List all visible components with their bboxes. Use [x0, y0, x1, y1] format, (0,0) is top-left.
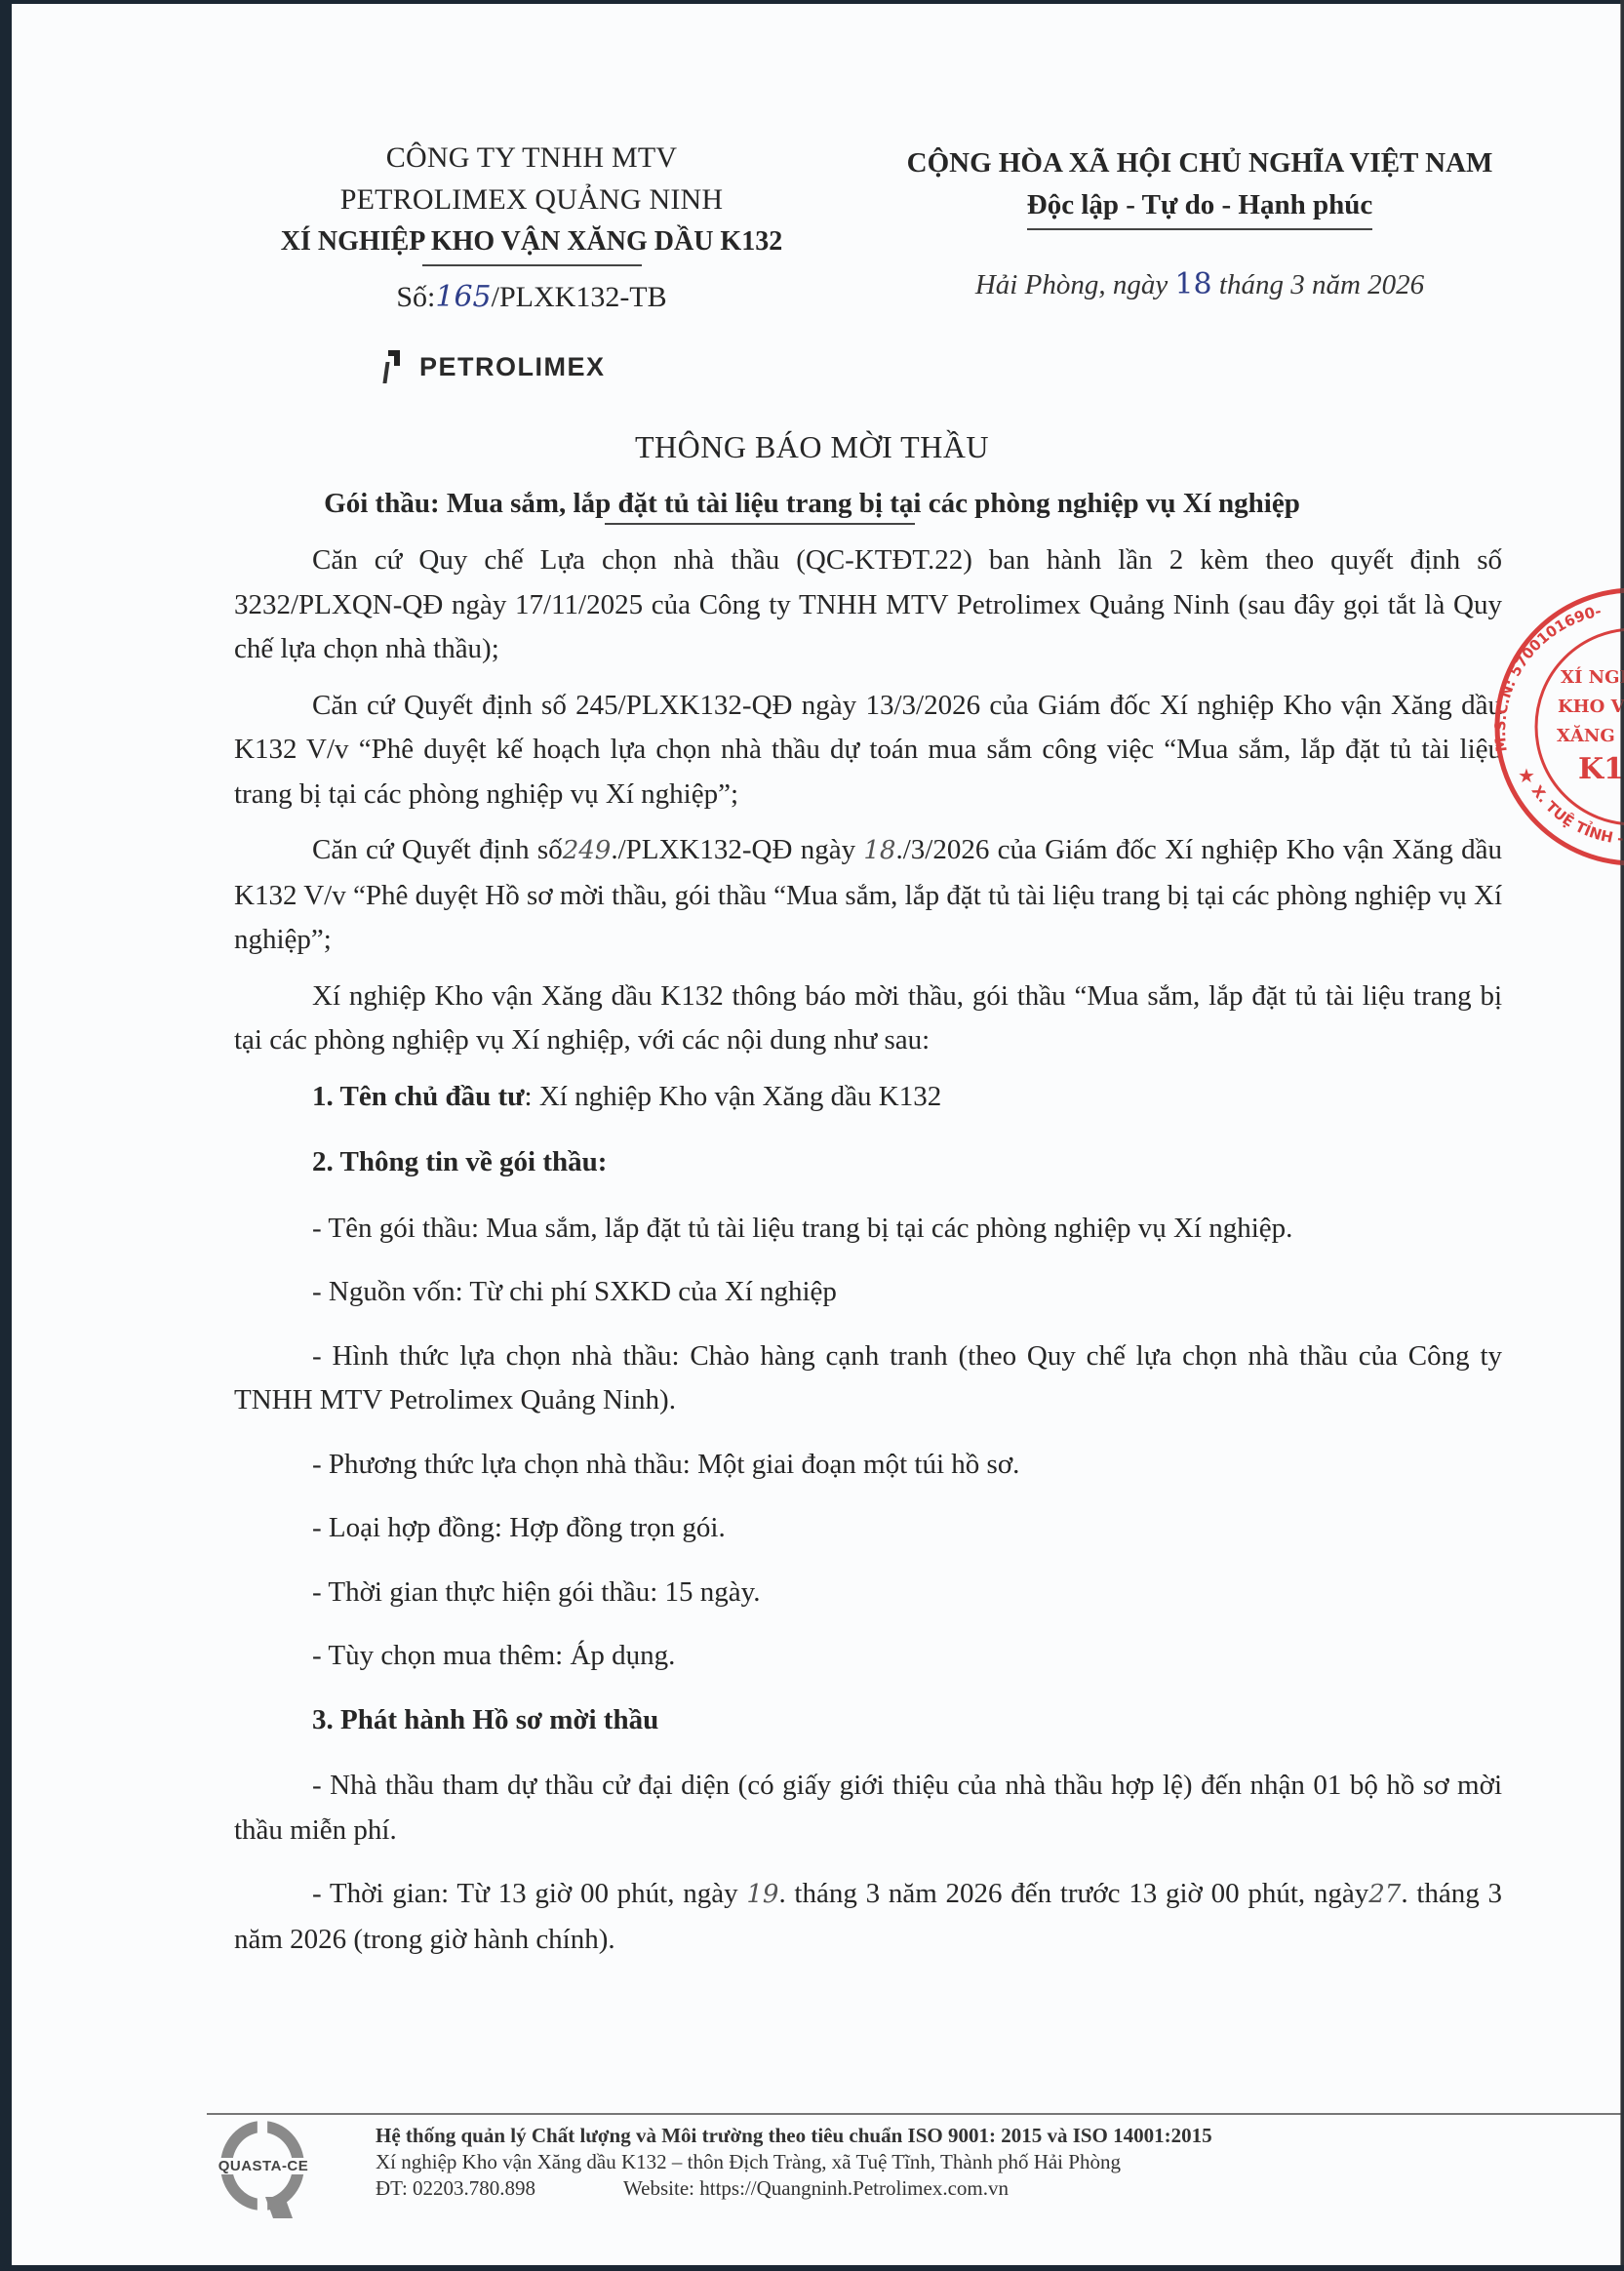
date-prefix: Hải Phòng, ngày: [975, 269, 1175, 300]
company-line-1: CÔNG TY TNHH MTV: [195, 137, 868, 179]
announcement-paragraph: Xí nghiệp Kho vận Xăng dầu K132 thông bá…: [234, 975, 1502, 1063]
package-info-item: - Hình thức lựa chọn nhà thầu: Chào hàng…: [234, 1335, 1502, 1423]
quasta-certification-logo: QUASTA-CE: [213, 2119, 320, 2226]
p3-handwritten-number: 249: [563, 836, 612, 865]
package-info-item: - Loại hợp đồng: Hợp đồng trọn gói.: [234, 1506, 1502, 1551]
svg-text:XÍ NGH: XÍ NGH: [1561, 665, 1624, 688]
quasta-label: QUASTA-CE: [217, 2158, 310, 2174]
package-info-item: - Thời gian thực hiện gói thầu: 15 ngày.: [234, 1571, 1502, 1615]
document-date: Hải Phòng, ngày 18 tháng 3 năm 2026: [858, 267, 1541, 301]
national-title: CỘNG HÒA XÃ HỘI CHỦ NGHĨA VIỆT NAM: [858, 142, 1541, 184]
package-info-item: - Nguồn vốn: Từ chi phí SXKD của Xí nghi…: [234, 1270, 1502, 1315]
time-prefix: - Thời gian: Từ 13 giờ 00 phút, ngày: [312, 1878, 746, 1909]
enterprise-name: XÍ NGHIỆP KHO VẬN XĂNG DẦU K132: [195, 220, 868, 262]
package-subtitle: Gói thầu: Mua sắm, lắp đặt tủ tài liệu t…: [0, 488, 1624, 520]
section-3-heading: 3. Phát hành Hồ sơ mời thầu: [234, 1698, 1502, 1743]
national-motto: Độc lập - Tự do - Hạnh phúc: [1027, 184, 1373, 230]
section-1-investor: 1. Tên chủ đầu tư: Xí nghiệp Kho vận Xăn…: [234, 1075, 1502, 1120]
doc-number-handwritten: 165: [435, 280, 491, 314]
p3-handwritten-day: 18: [863, 836, 895, 865]
doc-number-suffix: /PLXK132-TB: [492, 281, 667, 313]
footer-info: Hệ thống quản lý Chất lượng và Môi trườn…: [376, 2123, 1212, 2202]
package-info-item: - Tùy chọn mua thêm: Áp dụng.: [234, 1634, 1502, 1679]
scan-edge-shadow: [1620, 0, 1624, 2271]
document-number: Số:165/PLXK132-TB: [195, 278, 868, 317]
doc-number-prefix: Số:: [396, 281, 435, 313]
p3-prefix: Căn cứ Quyết định số: [312, 834, 563, 865]
issuance-item-1: - Nhà thầu tham dự thầu cử đại diện (có …: [234, 1764, 1502, 1853]
footer-rule: [207, 2113, 1621, 2115]
svg-text:X. TUỆ TỈNH -: X. TUỆ TỈNH -: [1528, 782, 1624, 848]
issuance-item-time: - Thời gian: Từ 13 giờ 00 phút, ngày 19.…: [234, 1872, 1502, 1962]
seal-icon: M.S.C.N: 5700101690- X. TUỆ TỈNH - ★ XÍ …: [1463, 566, 1624, 868]
petrolimex-wordmark: PETROLIMEX: [419, 352, 606, 382]
petrolimex-logo-mark-icon: [382, 350, 404, 383]
national-header: CỘNG HÒA XÃ HỘI CHỦ NGHĨA VIỆT NAM Độc l…: [858, 142, 1541, 301]
footer-iso-line: Hệ thống quản lý Chất lượng và Môi trườn…: [376, 2123, 1212, 2149]
svg-text:★: ★: [1518, 766, 1535, 787]
footer-website-link[interactable]: Website: https://Quangninh.Petrolimex.co…: [623, 2176, 1009, 2200]
section-1-label: 1. Tên chủ đầu tư: [312, 1081, 525, 1112]
time-day-start-handwritten: 19: [746, 1880, 778, 1909]
section-2-heading: 2. Thông tin về gói thầu:: [234, 1140, 1502, 1185]
company-line-2: PETROLIMEX QUẢNG NINH: [195, 179, 868, 220]
document-body: Căn cứ Quy chế Lựa chọn nhà thầu (QC-KTĐ…: [234, 538, 1502, 1981]
svg-text:KHO V: KHO V: [1558, 697, 1624, 717]
red-seal-stamp: M.S.C.N: 5700101690- X. TUỆ TỈNH - ★ XÍ …: [1463, 566, 1624, 868]
footer-phone: ĐT: 02203.780.898: [376, 2176, 535, 2200]
subtitle-rule: [605, 523, 915, 525]
svg-text:K1: K1: [1578, 752, 1624, 786]
document-title: THÔNG BÁO MỜI THẦU: [0, 429, 1624, 465]
section-1-value: : Xí nghiệp Kho vận Xăng dầu K132: [525, 1081, 942, 1112]
basis-paragraph-1: Căn cứ Quy chế Lựa chọn nhà thầu (QC-KTĐ…: [234, 538, 1502, 672]
footer-contact: ĐT: 02203.780.898Website: https://Quangn…: [376, 2175, 1212, 2202]
scan-bottom-edge: [0, 2265, 1624, 2271]
basis-paragraph-3: Căn cứ Quyết định số249./PLXK132-QĐ ngày…: [234, 828, 1502, 963]
date-day-handwritten: 18: [1174, 267, 1211, 301]
p3-mid: ./PLXK132-QĐ ngày: [611, 834, 863, 865]
package-info-item: - Phương thức lựa chọn nhà thầu: Một gia…: [234, 1443, 1502, 1488]
footer-address: Xí nghiệp Kho vận Xăng dầu K132 – thôn Đ…: [376, 2149, 1212, 2175]
petrolimex-logo: PETROLIMEX: [382, 349, 606, 384]
time-mid: . tháng 3 năm 2026 đến trước 13 giờ 00 p…: [778, 1878, 1368, 1909]
time-day-end-handwritten: 27: [1368, 1880, 1401, 1909]
package-info-item: - Tên gói thầu: Mua sắm, lắp đặt tủ tài …: [234, 1207, 1502, 1252]
issuer-header: CÔNG TY TNHH MTV PETROLIMEX QUẢNG NINH X…: [195, 137, 868, 317]
svg-text:XĂNG: XĂNG: [1557, 724, 1615, 746]
header-left-rule: [422, 264, 642, 266]
date-suffix: tháng 3 năm 2026: [1212, 269, 1425, 300]
basis-paragraph-2: Căn cứ Quyết định số 245/PLXK132-QĐ ngày…: [234, 684, 1502, 817]
